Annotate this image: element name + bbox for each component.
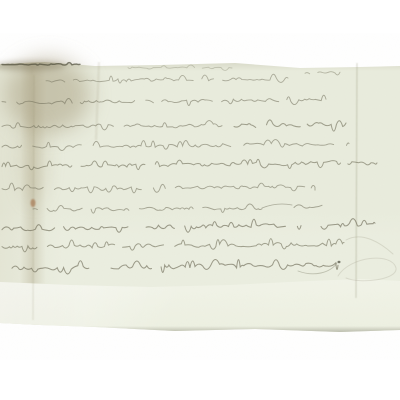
manuscript-photo: [0, 0, 400, 400]
paper-bottom-edge-shadow: [0, 326, 400, 332]
manuscript-paper: [0, 61, 400, 332]
paper-fold-band: [0, 275, 400, 332]
